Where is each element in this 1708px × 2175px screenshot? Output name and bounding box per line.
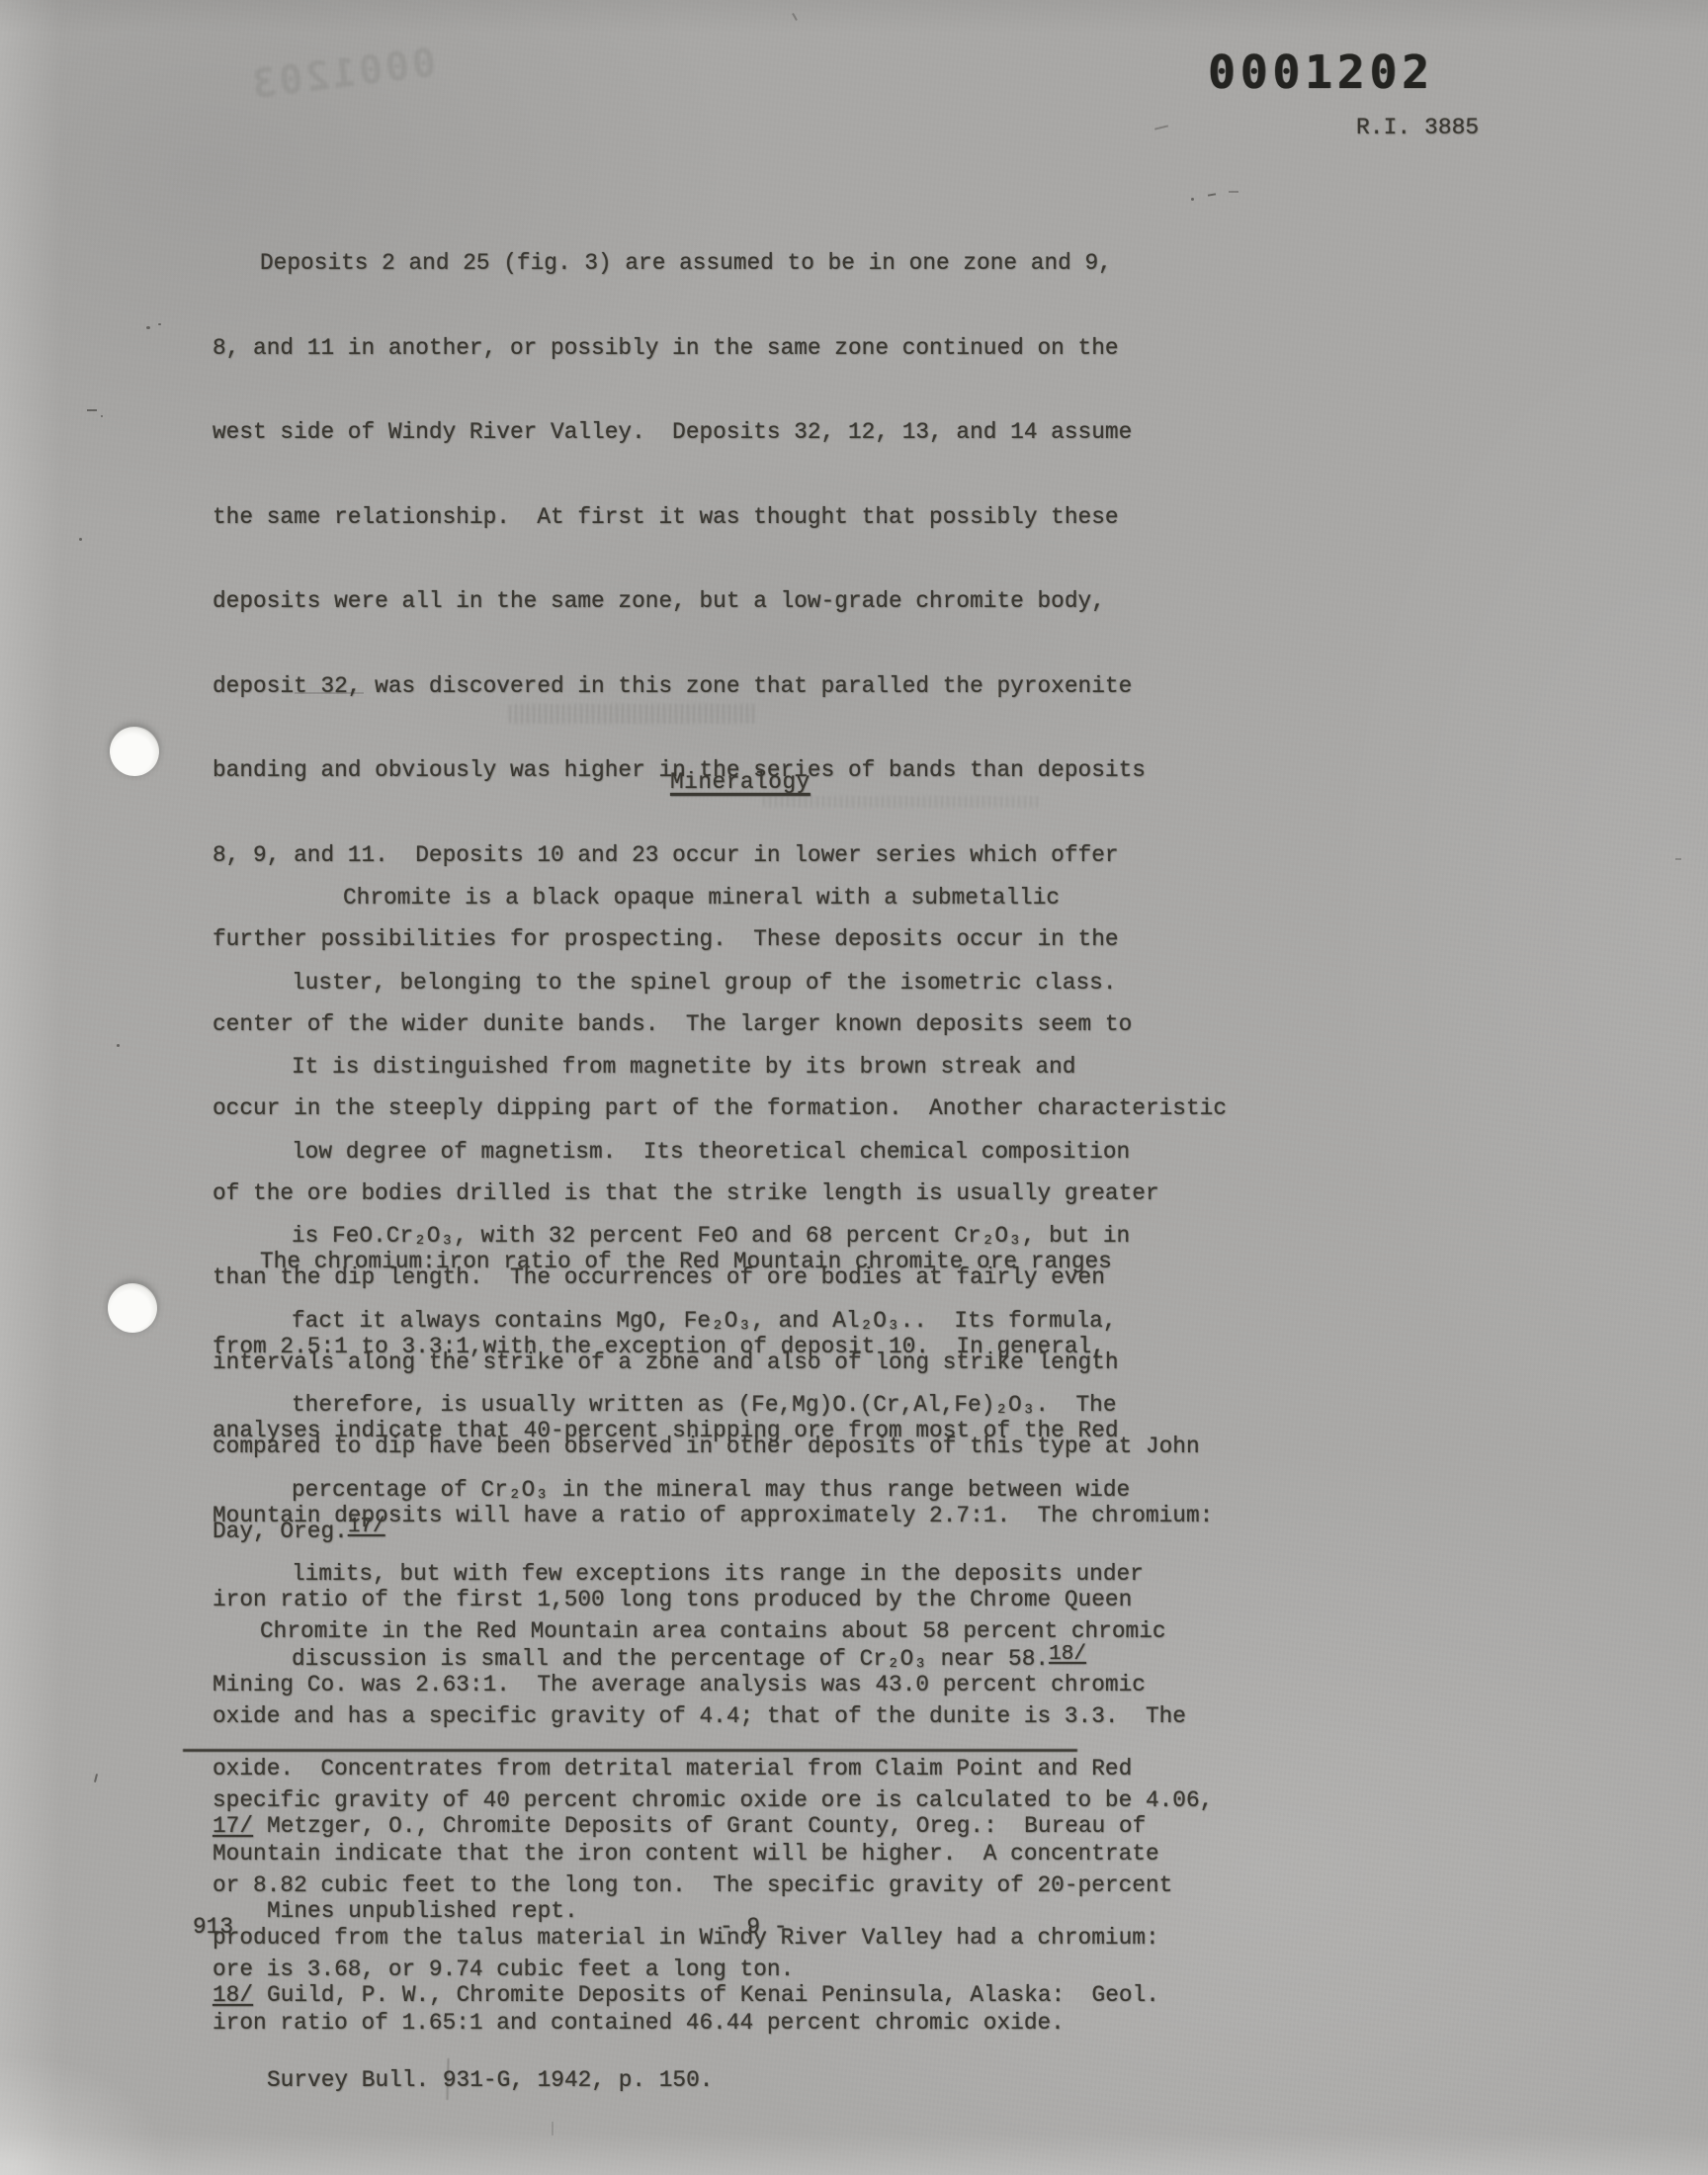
footnote-divider-rule [183,1749,1077,1752]
speck-mark [87,409,97,411]
top-paper-edge [0,0,1708,34]
speck-mark [79,538,82,541]
text-line: low degree of magnetism. Its theoretical… [292,1136,1144,1170]
footnotes-block: 17/Metzger, O., Chromite Deposits of Gra… [213,1759,1159,2148]
report-id: R.I. 3885 [1356,115,1479,140]
text-line: Mountain deposits will have a ratio of a… [213,1500,1213,1533]
speck-mark [158,323,161,325]
text-line: from 2.5:1 to 3.3:1,with the exception o… [213,1331,1213,1364]
footnote-18-continuation: Survey Bull. 931-G, 1942, p. 150. [213,2064,1159,2098]
bottom-left-corner-highlight [0,2054,168,2175]
text-line: Chromite is a black opaque mineral with … [292,882,1144,915]
footnote-17-continuation: Mines unpublished rept. [213,1895,1159,1929]
footnote-18: 18/Guild, P. W., Chromite Deposits of Ke… [213,1979,1159,2013]
text-line: 8, and 11 in another, or possibly in the… [213,332,1227,366]
hole-punch-top [110,727,159,776]
speck-mark [1229,191,1238,193]
text-line: The chromium:iron ratio of the Red Mount… [213,1246,1213,1279]
text-line: luster, belonging to the spinel group of… [292,967,1144,1000]
speck-mark [101,415,103,417]
document-number-stamp: 0001202 [1208,45,1434,99]
footnote-17: 17/Metzger, O., Chromite Deposits of Gra… [213,1810,1159,1844]
footnote-18-text: Guild, P. W., Chromite Deposits of Kenai… [267,1982,1159,2008]
footer-document-code: 913 [193,1914,233,1940]
speck-mark [94,1774,98,1783]
section-heading-mineralogy: Mineralogy [670,766,811,800]
footnote-17-ref: 17/ [213,1813,253,1839]
text-line: deposit 32, was discovered in this zone … [213,670,1227,704]
footnote-17-text: Metzger, O., Chromite Deposits of Grant … [267,1813,1146,1839]
footer-page-number: - 9 - [720,1914,787,1940]
text-line: oxide and has a specific gravity of 4.4;… [213,1700,1213,1734]
text-line: Deposits 2 and 25 (fig. 3) are assumed t… [213,247,1227,281]
text-line: Chromite in the Red Mountain area contai… [213,1615,1213,1649]
footnote-18-ref: 18/ [213,1982,253,2008]
hole-punch-bottom [108,1283,157,1333]
text-line: It is distinguished from magnetite by it… [292,1051,1144,1085]
text-line: analyses indicate that 40-percent shippi… [213,1415,1213,1448]
speck-mark [1154,125,1168,130]
ghost-stamp-bleedthrough: 0001203 [247,41,439,109]
speck-mark [146,326,150,329]
speck-mark [1675,858,1681,860]
text-line: the same relationship. At first it was t… [213,501,1227,535]
speck-mark [117,1044,120,1047]
text-line: deposits were all in the same zone, but … [213,585,1227,619]
left-paper-edge [0,0,61,2175]
scanned-page: 0001203 0001202 R.I. 3885 Deposits 2 and… [0,0,1708,2175]
text-line: west side of Windy River Valley. Deposit… [213,416,1227,450]
